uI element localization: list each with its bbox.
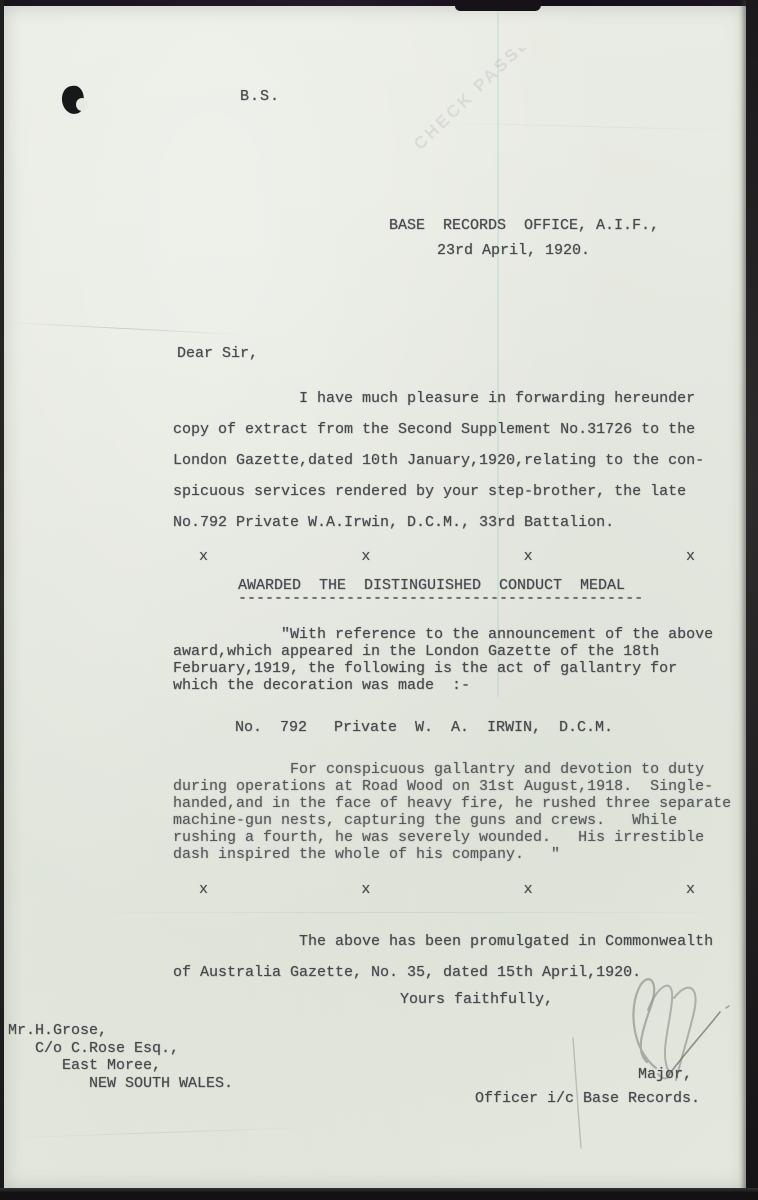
x-marker: x: [686, 881, 695, 898]
faint-diagonal-stamp: CHECK PASSED: [402, 48, 612, 188]
salutation: Dear Sir,: [177, 345, 258, 362]
stamp-text: CHECK PASSED: [410, 48, 546, 154]
x-marker: x: [361, 881, 370, 898]
paper-crease: [4, 1126, 324, 1138]
separator-x-row: x x x x: [199, 881, 695, 898]
x-marker: x: [524, 881, 533, 898]
citation-intro-paragraph: "With reference to the announcement of t…: [173, 626, 713, 694]
pencil-signature: [548, 950, 748, 1160]
recipient-address-block: Mr.H.Grose, C/o C.Rose Esq., East Moree,…: [8, 1022, 233, 1092]
hole-punch-mark: [62, 86, 87, 116]
reference-code: B.S.: [240, 88, 280, 105]
signature-title: Officer i/c Base Records.: [475, 1090, 700, 1107]
signature-rank: Major,: [638, 1066, 692, 1083]
intro-paragraph: I have much pleasure in forwarding hereu…: [173, 383, 704, 538]
x-marker: x: [524, 548, 533, 565]
paper-crease: [4, 322, 244, 336]
x-marker: x: [361, 548, 370, 565]
citation-text-paragraph: For conspicuous gallantry and devotion t…: [173, 761, 731, 863]
x-marker: x: [199, 548, 208, 565]
paper-crease: [64, 912, 754, 913]
separator-x-row: x x x x: [199, 548, 695, 565]
letterhead-office: BASE RECORDS OFFICE, A.I.F.,: [389, 217, 659, 234]
letterhead-date: 23rd April, 1920.: [437, 242, 590, 259]
x-marker: x: [686, 548, 695, 565]
x-marker: x: [199, 881, 208, 898]
soldier-name-line: No. 792 Private W. A. IRWIN, D.C.M.: [235, 719, 613, 736]
closing-line: Yours faithfully,: [400, 991, 553, 1008]
scanned-letter-page: CHECK PASSED B.S. BASE RECORDS OFFICE, A…: [0, 0, 758, 1200]
scan-edge-bottom: [0, 1188, 758, 1200]
award-heading-underline: ----------------------------------------…: [238, 590, 643, 607]
